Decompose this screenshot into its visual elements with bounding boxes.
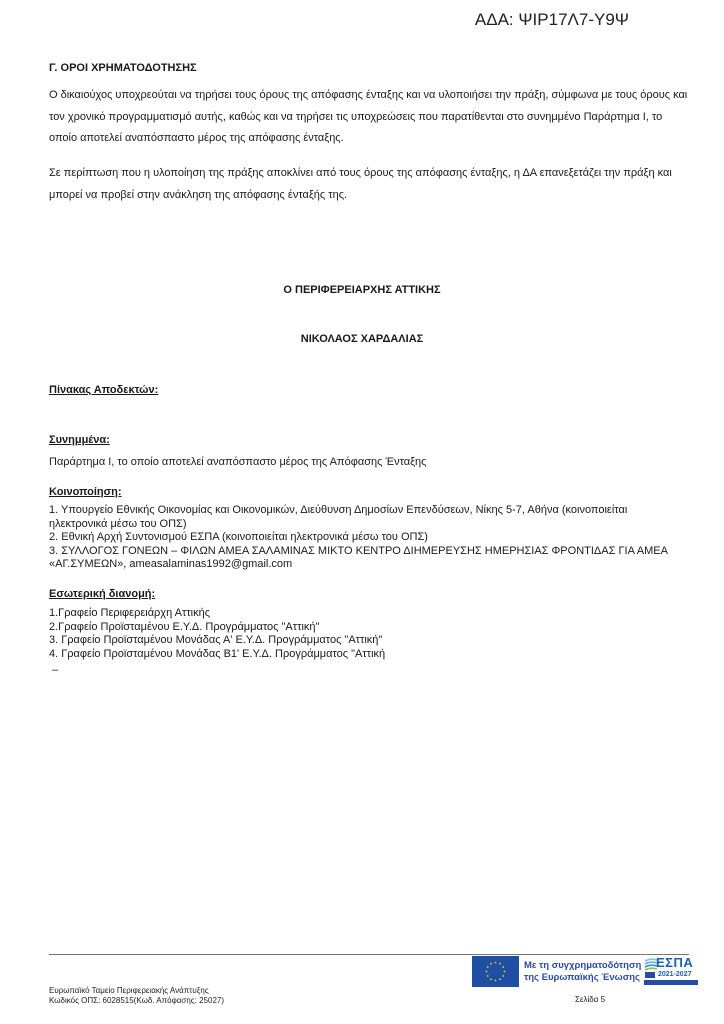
signatory-name: ΝΙΚΟΛΑΟΣ ΧΑΡΔΑΛΙΑΣ xyxy=(0,333,724,345)
funding-terms-paragraph: Ο δικαιούχος υποχρεούται να τηρήσει τους… xyxy=(49,85,689,150)
footer-fund: Ευρωπαϊκό Ταμείο Περιφερειακής Ανάπτυξης xyxy=(49,986,224,996)
page-number: Σελίδα 5 xyxy=(575,995,605,1004)
list-item: 1.Γραφείο Περιφερειάρχη Αττικής xyxy=(49,607,689,621)
list-item: ηλεκτρονικά μέσω του ΟΠΣ) xyxy=(49,518,689,532)
revocation-paragraph: Σε περίπτωση που η υλοποίηση της πράξης … xyxy=(49,163,689,206)
espa-years: 2021-2027 xyxy=(658,971,691,978)
cofunding-line-1: Με τη συγχρηματοδότηση xyxy=(524,960,641,972)
list-item: «ΑΓ.ΣΥΜΕΩΝ», ameasalaminas1992@gmail.com xyxy=(49,558,689,572)
list-item: 1. Υπουργείο Εθνικής Οικονομίας και Οικο… xyxy=(49,504,689,518)
list-item: 4. Γραφείο Προϊσταμένου Μονάδας Β1' Ε.Υ.… xyxy=(49,648,689,662)
footer-info: Ευρωπαϊκό Ταμείο Περιφερειακής Ανάπτυξης… xyxy=(49,986,224,1006)
list-item: 3. ΣΥΛΛΟΓΟΣ ΓΟΝΕΩΝ – ΦΙΛΩΝ ΑΜΕΑ ΣΑΛΑΜΙΝΑ… xyxy=(49,545,689,559)
list-item: 3. Γραφείο Προϊσταμένου Μονάδας Α' Ε.Υ.Δ… xyxy=(49,634,689,648)
espa-tagline-bar xyxy=(644,980,698,985)
trailing-dash: – xyxy=(52,664,58,676)
espa-eu-mini-flag-icon xyxy=(645,972,655,978)
signatory-role: Ο ΠΕΡΙΦΕΡΕΙΑΡΧΗΣ ΑΤΤΙΚΗΣ xyxy=(0,284,724,296)
notification-list: 1. Υπουργείο Εθνικής Οικονομίας και Οικο… xyxy=(49,504,689,572)
internal-distribution-heading: Εσωτερική διανομή: xyxy=(49,588,155,600)
footer-divider xyxy=(49,954,689,955)
eu-flag-icon xyxy=(472,956,519,987)
section-title: Γ. ΟΡΟΙ ΧΡΗΜΑΤΟΔΟΤΗΣΗΣ xyxy=(49,62,197,74)
cofunding-label: Με τη συγχρηματοδότηση της Ευρωπαϊκής Έν… xyxy=(524,960,641,984)
notification-heading: Κοινοποίηση: xyxy=(49,486,122,498)
list-item: 2. Εθνική Αρχή Συντονισμού ΕΣΠΑ (κοινοπο… xyxy=(49,531,689,545)
espa-wordmark: ΕΣΠΑ xyxy=(656,955,693,970)
recipients-heading: Πίνακας Αποδεκτών: xyxy=(49,384,158,396)
list-item: 2.Γραφείο Προϊσταμένου Ε.Υ.Δ. Προγράμματ… xyxy=(49,621,689,635)
ada-code: ΑΔΑ: ΨΙΡ17Λ7-Υ9Ψ xyxy=(475,10,629,30)
footer-ops-code: Κωδικός ΟΠΣ: 6028515(Κωδ. Απόφασης: 2502… xyxy=(49,996,224,1006)
internal-distribution-list: 1.Γραφείο Περιφερειάρχη Αττικής 2.Γραφεί… xyxy=(49,607,689,661)
attachments-heading: Συνημμένα: xyxy=(49,434,110,446)
cofunding-line-2: της Ευρωπαϊκής Ένωσης xyxy=(524,972,641,984)
attachments-text: Παράρτημα Ι, το οποίο αποτελεί αναπόσπασ… xyxy=(49,456,426,468)
espa-logo: ΕΣΠΑ 2021-2027 xyxy=(644,955,700,987)
